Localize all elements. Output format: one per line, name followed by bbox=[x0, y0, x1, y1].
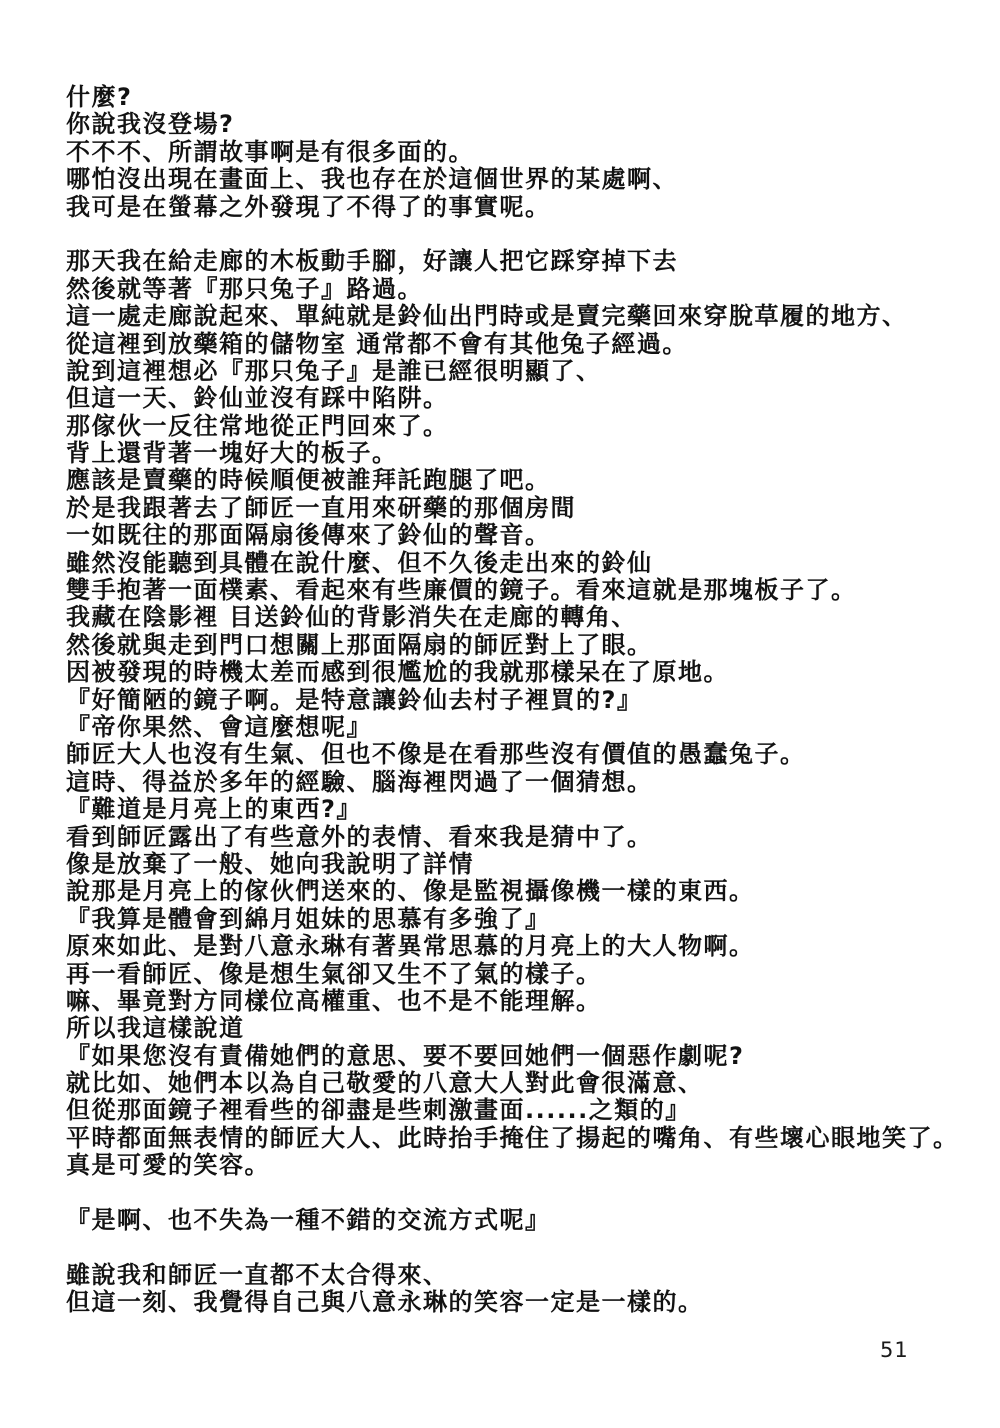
text-line: 『我算是體會到綿月姐妹的思慕有多強了』 bbox=[66, 906, 960, 933]
text-line: 於是我跟著去了師匠一直用來研藥的那個房間 bbox=[66, 495, 960, 522]
text-line: 『難道是月亮上的東西?』 bbox=[66, 796, 960, 823]
text-line: 我藏在陰影裡 目送鈴仙的背影消失在走廊的轉角、 bbox=[66, 604, 960, 631]
text-line: 說那是月亮上的傢伙們送來的、像是監視攝像機一樣的東西。 bbox=[66, 878, 960, 905]
paragraph-closing: 雖說我和師匠一直都不太合得來、 但這一刻、我覺得自己與八意永琳的笑容一定是一樣的… bbox=[66, 1262, 960, 1317]
text-line: 但這一天、鈴仙並沒有踩中陷阱。 bbox=[66, 385, 960, 412]
text-line: 我可是在螢幕之外發現了不得了的事實呢。 bbox=[66, 194, 960, 221]
text-line: 但這一刻、我覺得自己與八意永琳的笑容一定是一樣的。 bbox=[66, 1289, 960, 1316]
text-line: 雙手抱著一面樸素、看起來有些廉價的鏡子。看來這就是那塊板子了。 bbox=[66, 577, 960, 604]
text-line: 平時都面無表情的師匠大人、此時抬手掩住了揚起的嘴角、有些壞心眼地笑了。 bbox=[66, 1125, 960, 1152]
text-line: 你說我沒登場? bbox=[66, 111, 960, 138]
page-number: 51 bbox=[880, 1338, 909, 1362]
text-line: 雖說我和師匠一直都不太合得來、 bbox=[66, 1262, 960, 1289]
text-line: 所以我這樣說道 bbox=[66, 1015, 960, 1042]
text-line: 這一處走廊說起來、單純就是鈴仙出門時或是賣完藥回來穿脫草履的地方、 bbox=[66, 303, 960, 330]
story-text: 什麼? 你說我沒登場? 不不不、所謂故事啊是有很多面的。 哪怕沒出現在畫面上、我… bbox=[66, 84, 960, 1344]
text-line: 哪怕沒出現在畫面上、我也存在於這個世界的某處啊、 bbox=[66, 166, 960, 193]
text-line: 從這裡到放藥箱的儲物室 通常都不會有其他兔子經過。 bbox=[66, 331, 960, 358]
document-page: 什麼? 你說我沒登場? 不不不、所謂故事啊是有很多面的。 哪怕沒出現在畫面上、我… bbox=[0, 0, 1000, 1428]
text-line: 這時、得益於多年的經驗、腦海裡閃過了一個猜想。 bbox=[66, 769, 960, 796]
text-line: 再一看師匠、像是想生氣卻又生不了氣的樣子。 bbox=[66, 961, 960, 988]
text-line: 師匠大人也沒有生氣、但也不像是在看那些沒有價值的愚蠢兔子。 bbox=[66, 741, 960, 768]
text-line: 說到這裡想必『那只兔子』是誰已經很明顯了、 bbox=[66, 358, 960, 385]
text-line: 一如既往的那面隔扇後傳來了鈴仙的聲音。 bbox=[66, 522, 960, 549]
text-line: 就比如、她們本以為自己敬愛的八意大人對此會很滿意、 bbox=[66, 1070, 960, 1097]
text-line: 像是放棄了一般、她向我說明了詳情 bbox=[66, 851, 960, 878]
text-line: 應該是賣藥的時候順便被誰拜託跑腿了吧。 bbox=[66, 467, 960, 494]
text-line: 雖然沒能聽到具體在說什麼、但不久後走出來的鈴仙 bbox=[66, 550, 960, 577]
paragraph-main: 那天我在給走廊的木板動手腳，好讓人把它踩穿掉下去 然後就等著『那只兔子』路過。 … bbox=[66, 248, 960, 1179]
text-line: 原來如此、是對八意永琳有著異常思慕的月亮上的大人物啊。 bbox=[66, 933, 960, 960]
text-line: 但從那面鏡子裡看些的卻盡是些刺激畫面......之類的』 bbox=[66, 1097, 960, 1124]
text-line: 真是可愛的笑容。 bbox=[66, 1152, 960, 1179]
paragraph-quote: 『是啊、也不失為一種不錯的交流方式呢』 bbox=[66, 1207, 960, 1234]
text-line: 那傢伙一反往常地從正門回來了。 bbox=[66, 413, 960, 440]
text-line: 那天我在給走廊的木板動手腳，好讓人把它踩穿掉下去 bbox=[66, 248, 960, 275]
text-line: 不不不、所謂故事啊是有很多面的。 bbox=[66, 139, 960, 166]
text-line: 『好簡陋的鏡子啊。是特意讓鈴仙去村子裡買的?』 bbox=[66, 687, 960, 714]
text-line: 『帝你果然、會這麼想呢』 bbox=[66, 714, 960, 741]
text-line: 什麼? bbox=[66, 84, 960, 111]
text-line: 『如果您沒有責備她們的意思、要不要回她們一個惡作劇呢? bbox=[66, 1043, 960, 1070]
text-line: 『是啊、也不失為一種不錯的交流方式呢』 bbox=[66, 1207, 960, 1234]
text-line: 看到師匠露出了有些意外的表情、看來我是猜中了。 bbox=[66, 824, 960, 851]
text-line: 然後就與走到門口想關上那面隔扇的師匠對上了眼。 bbox=[66, 632, 960, 659]
paragraph-intro: 什麼? 你說我沒登場? 不不不、所謂故事啊是有很多面的。 哪怕沒出現在畫面上、我… bbox=[66, 84, 960, 221]
text-line: 嘛、畢竟對方同樣位高權重、也不是不能理解。 bbox=[66, 988, 960, 1015]
text-line: 然後就等著『那只兔子』路過。 bbox=[66, 276, 960, 303]
text-line: 因被發現的時機太差而感到很尷尬的我就那樣呆在了原地。 bbox=[66, 659, 960, 686]
text-line: 背上還背著一塊好大的板子。 bbox=[66, 440, 960, 467]
